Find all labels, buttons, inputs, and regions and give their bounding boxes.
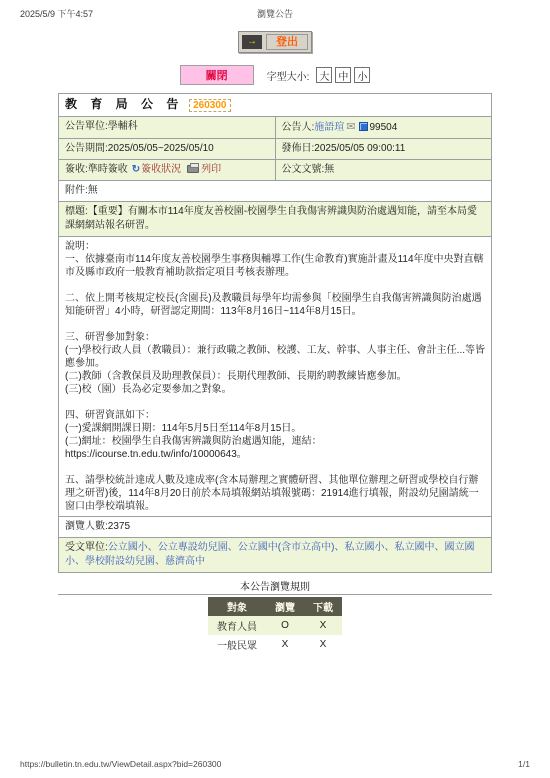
print-footer: https://bulletin.tn.edu.tw/ViewDetail.as… xyxy=(0,759,550,778)
recipients-list[interactable]: 公立國小、公立專設幼兒園、公立國中(含市立高中)、私立國小、私立國中、國立國小、… xyxy=(65,542,474,567)
rules-header-cell: 瀏覽 xyxy=(266,597,304,616)
body-line: (二)網址：校園學生自我傷害辨識與防治處遇知能，連結： xyxy=(65,435,485,448)
announcer-cell: 公告人:施語瑄✉99504 xyxy=(275,117,492,139)
font-size-button[interactable]: 大 xyxy=(316,67,332,83)
print-header: 2025/5/9 下午4:57 瀏覽公告 xyxy=(0,0,550,18)
rules-download-cell: X xyxy=(304,635,342,654)
attachment-cell: 附件:無 xyxy=(59,181,492,202)
rules-header-cell: 下載 xyxy=(304,597,342,616)
font-size-buttons: 大中小 xyxy=(316,67,370,83)
font-size-button[interactable]: 中 xyxy=(335,67,351,83)
page-title: 瀏覽公告 xyxy=(0,7,550,20)
body-line: 四、研習資訊如下： xyxy=(65,409,485,422)
announcer-id: 99504 xyxy=(370,122,398,133)
sign-status-link[interactable]: 簽收狀況 xyxy=(141,164,181,175)
rules-target-cell: 一般民眾 xyxy=(208,635,266,654)
subject-row: 標題:【重要】有關本市114年度友善校園-校園學生自我傷害辨識與防治處遇知能，請… xyxy=(59,202,492,237)
body-line: (一)愛課網開課日期：114年5月5日至114年8月15日。 xyxy=(65,422,485,435)
body-line xyxy=(65,461,485,474)
rules-download-cell: X xyxy=(304,616,342,635)
rules-header-cell: 對象 xyxy=(208,597,266,616)
body-line xyxy=(65,318,485,331)
sign-label: 簽收:準時簽收 xyxy=(65,164,128,175)
browse-rules-area: 本公告瀏覽規則 對象瀏覽下載 教育人員 O X 一般民眾 X X xyxy=(0,578,550,654)
attachment-row: 附件:無 xyxy=(59,181,492,202)
bulletin-table: 教 育 局 公 告 260300 公告單位:學輔科 公告人:施語瑄✉99504 … xyxy=(58,93,492,573)
recipients-label: 受文單位: xyxy=(65,542,108,553)
logout-button-group[interactable]: → 登出 xyxy=(238,31,312,53)
logout-icon: → xyxy=(242,35,262,49)
meta-row-2: 公告期間:2025/05/05~2025/05/10 發佈日:2025/05/0… xyxy=(59,139,492,160)
footer-page-number: 1/1 xyxy=(518,759,530,769)
body-text: 說明：一、依據臺南市114年度友善校園學生事務與輔導工作(生命教育)實施計畫及1… xyxy=(65,240,485,513)
mail-icon[interactable]: ✉ xyxy=(346,121,355,133)
body-line: (三)校（園）長為必定要參加之對象。 xyxy=(65,383,485,396)
bulletin-id-badge: 260300 xyxy=(189,99,230,112)
meta-row-1: 公告單位:學輔科 公告人:施語瑄✉99504 xyxy=(59,117,492,139)
publish-date: 發佈日:2025/05/05 09:00:11 xyxy=(275,139,492,160)
agency-title: 教 育 局 公 告 xyxy=(65,97,183,111)
body-line: 五、請學校統計達成人數及達成率(含本局辦理之實體研習、其他單位辦理之研習或學校自… xyxy=(65,474,485,513)
recipients-cell: 受文單位:公立國小、公立專設幼兒園、公立國中(含市立高中)、私立國小、私立國中、… xyxy=(59,538,492,573)
announcer-name-link[interactable]: 施語瑄 xyxy=(314,122,344,133)
toolbar-row: 關閉 字型大小: 大中小 xyxy=(0,65,550,85)
meta-row-3: 簽收:準時簽收↻簽收狀況列印 公文文號:無 xyxy=(59,160,492,181)
font-size-button[interactable]: 小 xyxy=(354,67,370,83)
sign-cell: 簽收:準時簽收↻簽收狀況列印 xyxy=(59,160,276,181)
body-line: 說明： xyxy=(65,240,485,253)
bulletin-page: 2025/5/9 下午4:57 瀏覽公告 → 登出 關閉 字型大小: 大中小 教… xyxy=(0,0,550,778)
body-line: (一)學校行政人員（教職員）：兼行政職之教師、校護、工友、幹事、人事主任、會計主… xyxy=(65,344,485,370)
print-link[interactable]: 列印 xyxy=(201,164,221,175)
announce-unit: 公告單位:學輔科 xyxy=(59,117,276,139)
rules-divider xyxy=(58,594,492,595)
announce-period: 公告期間:2025/05/05~2025/05/10 xyxy=(59,139,276,160)
sign-status-icon[interactable]: ↻ xyxy=(132,164,140,175)
recipients-row: 受文單位:公立國小、公立專設幼兒園、公立國中(含市立高中)、私立國小、私立國中、… xyxy=(59,538,492,573)
body-line: https://icourse.tn.edu.tw/info/10000643。 xyxy=(65,448,485,461)
rules-caption: 本公告瀏覽規則 xyxy=(0,578,550,593)
rules-view-cell: O xyxy=(266,616,304,635)
printer-icon[interactable] xyxy=(187,165,199,173)
body-line xyxy=(65,279,485,292)
rules-row: 教育人員 O X xyxy=(208,616,342,635)
rules-row: 一般民眾 X X xyxy=(208,635,342,654)
rules-header-row: 對象瀏覽下載 xyxy=(208,597,342,616)
font-size-label: 字型大小: xyxy=(267,68,310,83)
body-line: 二、依上開考核規定校長(含園長)及教職員每學年均需參與「校園學生自我傷害辨識與防… xyxy=(65,292,485,318)
close-button[interactable]: 關閉 xyxy=(180,65,254,85)
agency-row: 教 育 局 公 告 260300 xyxy=(59,94,492,117)
footer-url: https://bulletin.tn.edu.tw/ViewDetail.as… xyxy=(20,759,221,769)
messenger-icon[interactable] xyxy=(359,122,368,131)
logout-row: → 登出 xyxy=(0,31,550,53)
rules-target-cell: 教育人員 xyxy=(208,616,266,635)
body-cell: 說明：一、依據臺南市114年度友善校園學生事務與輔導工作(生命教育)實施計畫及1… xyxy=(59,237,492,517)
rules-view-cell: X xyxy=(266,635,304,654)
body-line: 一、依據臺南市114年度友善校園學生事務與輔導工作(生命教育)實施計畫及114年… xyxy=(65,253,485,279)
body-line xyxy=(65,396,485,409)
doc-number: 公文文號:無 xyxy=(275,160,492,181)
body-line: (二)教師（含教保員及助理教保員）：長期代理教師、長期約聘教練皆應參加。 xyxy=(65,370,485,383)
rules-table: 對象瀏覽下載 教育人員 O X 一般民眾 X X xyxy=(208,597,342,654)
views-row: 瀏覽人數:2375 xyxy=(59,517,492,538)
body-row: 說明：一、依據臺南市114年度友善校園學生事務與輔導工作(生命教育)實施計畫及1… xyxy=(59,237,492,517)
announcer-label: 公告人: xyxy=(282,122,315,133)
logout-button[interactable]: 登出 xyxy=(266,34,308,50)
view-count: 瀏覽人數:2375 xyxy=(59,517,492,538)
subject-text: 標題:【重要】有關本市114年度友善校園-校園學生自我傷害辨識與防治處遇知能，請… xyxy=(59,202,492,237)
body-line: 三、研習參加對象： xyxy=(65,331,485,344)
